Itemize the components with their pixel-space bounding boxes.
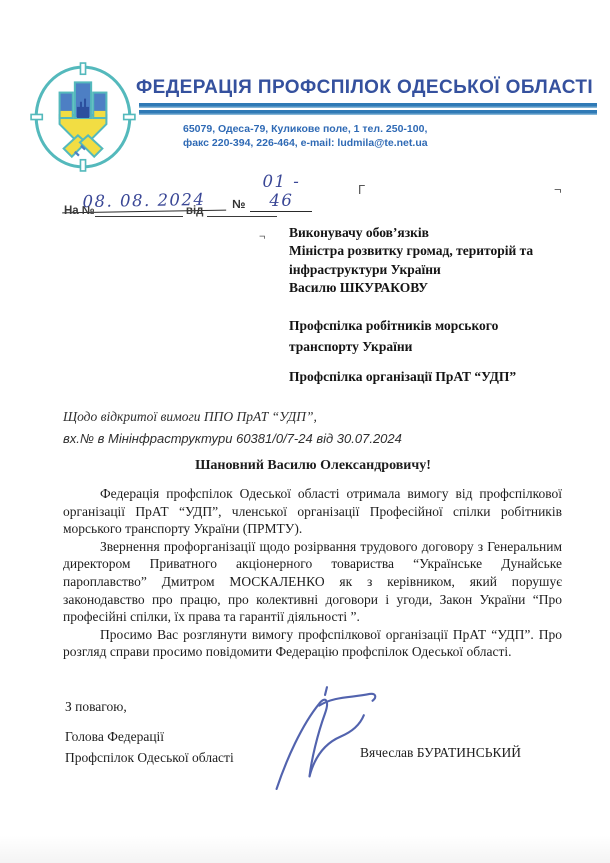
- salutation: Шановний Василю Олександровичу!: [63, 458, 563, 474]
- incoming-number-label: На №: [64, 205, 95, 217]
- incoming-from-label: від: [186, 205, 204, 217]
- signer-title: Голова Федерації Профспілок Одеської обл…: [65, 727, 234, 768]
- incoming-date-blank: [207, 204, 277, 217]
- address-corner-mark-right: ¬: [554, 182, 562, 197]
- address-corner-mark-left: Г: [358, 182, 365, 197]
- signer-name: Вячеслав БУРАТИНСЬКИЙ: [360, 745, 521, 761]
- federation-logo-icon: [30, 60, 136, 174]
- handwritten-signature: [263, 684, 389, 796]
- closing-regards: З повагою,: [65, 699, 127, 715]
- body-paragraph-1: Федерація профспілок Одеської області от…: [63, 485, 562, 538]
- letter-page: ФЕДЕРАЦІЯ ПРОФСПІЛОК ОДЕСЬКОЇ ОБЛАСТІ 65…: [0, 0, 610, 863]
- recipient-line: Профспілка організації ПрАТ “УДП”: [289, 367, 579, 386]
- subject-block: Щодо відкритої вимоги ППО ПрАТ “УДП”, вх…: [63, 406, 402, 449]
- org-name: ФЕДЕРАЦІЯ ПРОФСПІЛОК ОДЕСЬКОЇ ОБЛАСТІ: [136, 77, 602, 99]
- recipient-union-org: Профспілка організації ПрАТ “УДП”: [289, 367, 579, 386]
- recipient-official: Виконувачу обов’язків Міністра розвитку …: [289, 224, 579, 297]
- address-corner-mark-small: ¬: [259, 231, 265, 243]
- letterhead-rule-bottom: [139, 110, 597, 115]
- incoming-ref-row: На № від: [64, 204, 277, 217]
- recipient-line: Виконувачу обов’язків: [289, 224, 579, 242]
- recipient-block: Виконувачу обов’язків Міністра розвитку …: [289, 224, 579, 386]
- body-paragraph-2: Звернення профорганізації щодо розірванн…: [63, 538, 562, 626]
- org-address-line2: факс 220-394, 226-464, e-mail: ludmila@t…: [183, 137, 428, 151]
- org-address-line1: 65079, Одеса-79, Куликове поле, 1 тел. 2…: [183, 123, 428, 137]
- recipient-line: Міністра розвитку громад, територій та: [289, 242, 579, 260]
- subject-line2: вх.№ в Мінінфраструктури 60381/0/7-24 ві…: [63, 428, 402, 450]
- signer-title-line2: Профспілок Одеської області: [65, 748, 234, 769]
- signer-title-line1: Голова Федерації: [65, 727, 234, 748]
- org-address: 65079, Одеса-79, Куликове поле, 1 тел. 2…: [183, 123, 428, 150]
- recipient-line: Василю ШКУРАКОВУ: [289, 279, 579, 297]
- incoming-number-blank: [95, 204, 183, 217]
- letterhead-rule-top: [139, 103, 597, 108]
- recipient-line: транспорту України: [289, 336, 579, 357]
- scan-shadow: [0, 835, 610, 863]
- subject-line1: Щодо відкритої вимоги ППО ПрАТ “УДП”,: [63, 406, 402, 428]
- recipient-line: інфраструктури України: [289, 261, 579, 279]
- letter-body: Федерація профспілок Одеської області от…: [63, 485, 562, 661]
- recipient-union: Профспілка робітників морського транспор…: [289, 315, 579, 357]
- body-paragraph-3: Просимо Вас розглянути вимогу профспілко…: [63, 626, 562, 661]
- recipient-line: Профспілка робітників морського: [289, 315, 579, 336]
